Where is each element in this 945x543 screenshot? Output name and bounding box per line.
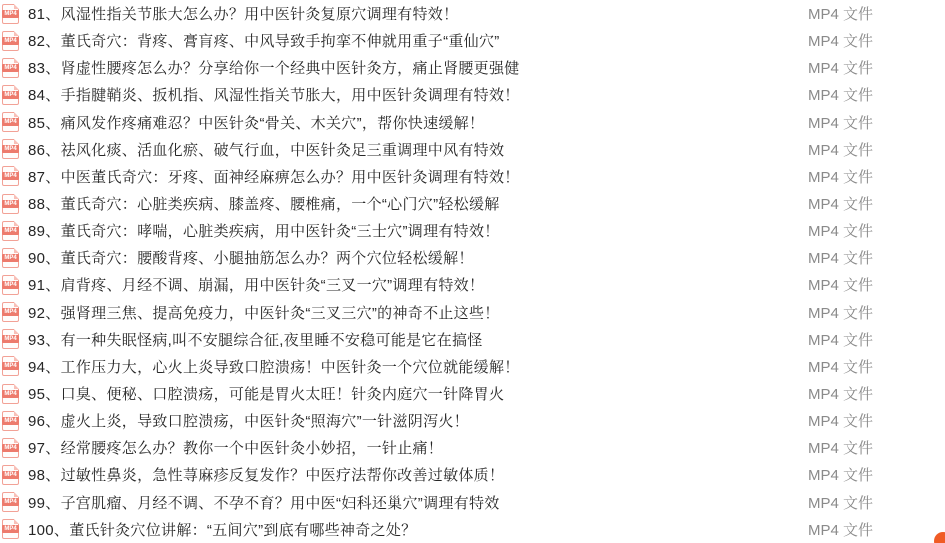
mp4-file-icon: MP4 — [2, 275, 19, 295]
mp4-file-icon: MP4 — [2, 194, 19, 214]
file-row[interactable]: MP4 86、祛风化痰、活血化瘀、破气行血，中医针灸足三重调理中风有特效 MP4… — [0, 136, 945, 163]
mp4-icon-badge: MP4 — [2, 145, 19, 153]
file-row[interactable]: MP4 94、工作压力大，心火上炎导致口腔溃疡！中医针灸一个穴位就能缓解！ MP… — [0, 353, 945, 380]
file-title: 88、董氏奇穴：心脏类疾病、膝盖疼、腰椎痛，一个“心门穴”轻松缓解 — [28, 193, 808, 214]
file-type-label: MP4 文件 — [808, 166, 945, 187]
mp4-icon-badge: MP4 — [2, 308, 19, 316]
mp4-file-icon: MP4 — [2, 248, 19, 268]
mp4-file-icon: MP4 — [2, 139, 19, 159]
mp4-file-icon: MP4 — [2, 4, 19, 24]
mp4-icon-badge: MP4 — [2, 444, 19, 452]
file-list: MP4 81、风湿性指关节胀大怎么办？用中医针灸复原穴调理有特效！ MP4 文件… — [0, 0, 945, 543]
file-row[interactable]: MP4 100、董氏针灸穴位讲解：“五间穴”到底有哪些神奇之处？ MP4 文件 — [0, 516, 945, 543]
file-type-label: MP4 文件 — [808, 329, 945, 350]
file-row[interactable]: MP4 95、口臭、便秘、口腔溃疡，可能是胃火太旺！针灸内庭穴一针降胃火 MP4… — [0, 380, 945, 407]
file-title: 81、风湿性指关节胀大怎么办？用中医针灸复原穴调理有特效！ — [28, 3, 808, 24]
mp4-icon-badge: MP4 — [2, 91, 19, 99]
file-title: 87、中医董氏奇穴：牙疼、面神经麻痹怎么办？用中医针灸调理有特效！ — [28, 166, 808, 187]
file-title: 97、经常腰疼怎么办？教你一个中医针灸小妙招，一针止痛！ — [28, 437, 808, 458]
file-title: 82、董氏奇穴：背疼、膏肓疼、中风导致手拘挛不伸就用重子“重仙穴” — [28, 30, 808, 51]
file-title: 94、工作压力大，心火上炎导致口腔溃疡！中医针灸一个穴位就能缓解！ — [28, 356, 808, 377]
file-row[interactable]: MP4 84、手指腱鞘炎、扳机指、风湿性指关节胀大，用中医针灸调理有特效！ MP… — [0, 81, 945, 108]
file-row[interactable]: MP4 93、有一种失眠怪病,叫不安腿综合征,夜里睡不安稳可能是它在搞怪 MP4… — [0, 326, 945, 353]
mp4-icon-badge: MP4 — [2, 498, 19, 506]
mp4-icon-badge: MP4 — [2, 281, 19, 289]
file-row[interactable]: MP4 82、董氏奇穴：背疼、膏肓疼、中风导致手拘挛不伸就用重子“重仙穴” MP… — [0, 27, 945, 54]
file-type-label: MP4 文件 — [808, 410, 945, 431]
mp4-file-icon: MP4 — [2, 411, 19, 431]
file-type-label: MP4 文件 — [808, 356, 945, 377]
file-type-label: MP4 文件 — [808, 274, 945, 295]
file-title: 92、强肾理三焦、提高免疫力，中医针灸“三叉三穴”的神奇不止这些！ — [28, 302, 808, 323]
mp4-icon-badge: MP4 — [2, 10, 19, 18]
mp4-icon-badge: MP4 — [2, 227, 19, 235]
file-type-label: MP4 文件 — [808, 139, 945, 160]
file-type-label: MP4 文件 — [808, 492, 945, 513]
file-row[interactable]: MP4 98、过敏性鼻炎，急性荨麻疹反复发作？中医疗法帮你改善过敏体质！ MP4… — [0, 461, 945, 488]
file-row[interactable]: MP4 97、经常腰疼怎么办？教你一个中医针灸小妙招，一针止痛！ MP4 文件 — [0, 434, 945, 461]
mp4-icon-badge: MP4 — [2, 417, 19, 425]
file-title: 100、董氏针灸穴位讲解：“五间穴”到底有哪些神奇之处？ — [28, 519, 808, 540]
mp4-file-icon: MP4 — [2, 492, 19, 512]
mp4-icon-badge: MP4 — [2, 37, 19, 45]
mp4-icon-badge: MP4 — [2, 525, 19, 533]
file-title: 84、手指腱鞘炎、扳机指、风湿性指关节胀大，用中医针灸调理有特效！ — [28, 84, 808, 105]
mp4-icon-badge: MP4 — [2, 471, 19, 479]
file-type-label: MP4 文件 — [808, 437, 945, 458]
mp4-icon-badge: MP4 — [2, 200, 19, 208]
file-type-label: MP4 文件 — [808, 247, 945, 268]
file-type-label: MP4 文件 — [808, 30, 945, 51]
file-row[interactable]: MP4 96、虚火上炎，导致口腔溃疡，中医针灸“照海穴”一针滋阴泻火！ MP4 … — [0, 407, 945, 434]
file-type-label: MP4 文件 — [808, 383, 945, 404]
file-type-label: MP4 文件 — [808, 193, 945, 214]
file-type-label: MP4 文件 — [808, 112, 945, 133]
mp4-icon-badge: MP4 — [2, 64, 19, 72]
floating-action-button[interactable] — [934, 532, 945, 543]
mp4-file-icon: MP4 — [2, 356, 19, 376]
mp4-file-icon: MP4 — [2, 384, 19, 404]
mp4-file-icon: MP4 — [2, 329, 19, 349]
file-type-label: MP4 文件 — [808, 84, 945, 105]
file-type-label: MP4 文件 — [808, 519, 945, 540]
file-row[interactable]: MP4 92、强肾理三焦、提高免疫力，中医针灸“三叉三穴”的神奇不止这些！ MP… — [0, 299, 945, 326]
file-type-label: MP4 文件 — [808, 220, 945, 241]
file-title: 95、口臭、便秘、口腔溃疡，可能是胃火太旺！针灸内庭穴一针降胃火 — [28, 383, 808, 404]
mp4-icon-badge: MP4 — [2, 390, 19, 398]
file-row[interactable]: MP4 85、痛风发作疼痛难忍？中医针灸“骨关、木关穴”，帮你快速缓解！ MP4… — [0, 109, 945, 136]
file-title: 90、董氏奇穴：腰酸背疼、小腿抽筋怎么办？两个穴位轻松缓解！ — [28, 247, 808, 268]
file-title: 96、虚火上炎，导致口腔溃疡，中医针灸“照海穴”一针滋阴泻火！ — [28, 410, 808, 431]
mp4-file-icon: MP4 — [2, 221, 19, 241]
file-title: 85、痛风发作疼痛难忍？中医针灸“骨关、木关穴”，帮你快速缓解！ — [28, 112, 808, 133]
file-type-label: MP4 文件 — [808, 302, 945, 323]
mp4-file-icon: MP4 — [2, 85, 19, 105]
mp4-file-icon: MP4 — [2, 58, 19, 78]
file-row[interactable]: MP4 81、风湿性指关节胀大怎么办？用中医针灸复原穴调理有特效！ MP4 文件 — [0, 0, 945, 27]
file-title: 86、祛风化痰、活血化瘀、破气行血，中医针灸足三重调理中风有特效 — [28, 139, 808, 160]
file-row[interactable]: MP4 91、肩背疼、月经不调、崩漏，用中医针灸“三叉一穴”调理有特效！ MP4… — [0, 271, 945, 298]
file-title: 98、过敏性鼻炎，急性荨麻疹反复发作？中医疗法帮你改善过敏体质！ — [28, 464, 808, 485]
mp4-file-icon: MP4 — [2, 302, 19, 322]
file-title: 89、董氏奇穴：哮喘，心脏类疾病，用中医针灸“三士穴”调理有特效！ — [28, 220, 808, 241]
file-row[interactable]: MP4 90、董氏奇穴：腰酸背疼、小腿抽筋怎么办？两个穴位轻松缓解！ MP4 文… — [0, 244, 945, 271]
mp4-file-icon: MP4 — [2, 519, 19, 539]
file-row[interactable]: MP4 89、董氏奇穴：哮喘，心脏类疾病，用中医针灸“三士穴”调理有特效！ MP… — [0, 217, 945, 244]
file-type-label: MP4 文件 — [808, 3, 945, 24]
file-title: 99、子宫肌瘤、月经不调、不孕不育？用中医“妇科还巢穴”调理有特效 — [28, 492, 808, 513]
mp4-file-icon: MP4 — [2, 465, 19, 485]
mp4-file-icon: MP4 — [2, 112, 19, 132]
file-row[interactable]: MP4 99、子宫肌瘤、月经不调、不孕不育？用中医“妇科还巢穴”调理有特效 MP… — [0, 489, 945, 516]
file-title: 91、肩背疼、月经不调、崩漏，用中医针灸“三叉一穴”调理有特效！ — [28, 274, 808, 295]
file-row[interactable]: MP4 88、董氏奇穴：心脏类疾病、膝盖疼、腰椎痛，一个“心门穴”轻松缓解 MP… — [0, 190, 945, 217]
file-type-label: MP4 文件 — [808, 57, 945, 78]
file-row[interactable]: MP4 87、中医董氏奇穴：牙疼、面神经麻痹怎么办？用中医针灸调理有特效！ MP… — [0, 163, 945, 190]
mp4-file-icon: MP4 — [2, 438, 19, 458]
mp4-icon-badge: MP4 — [2, 118, 19, 126]
file-type-label: MP4 文件 — [808, 464, 945, 485]
file-row[interactable]: MP4 83、肾虚性腰疼怎么办？分享给你一个经典中医针灸方，痛止肾腰更强健 MP… — [0, 54, 945, 81]
mp4-icon-badge: MP4 — [2, 254, 19, 262]
file-title: 83、肾虚性腰疼怎么办？分享给你一个经典中医针灸方，痛止肾腰更强健 — [28, 57, 808, 78]
file-title: 93、有一种失眠怪病,叫不安腿综合征,夜里睡不安稳可能是它在搞怪 — [28, 329, 808, 350]
mp4-file-icon: MP4 — [2, 31, 19, 51]
mp4-icon-badge: MP4 — [2, 362, 19, 370]
mp4-icon-badge: MP4 — [2, 172, 19, 180]
mp4-icon-badge: MP4 — [2, 335, 19, 343]
mp4-file-icon: MP4 — [2, 166, 19, 186]
